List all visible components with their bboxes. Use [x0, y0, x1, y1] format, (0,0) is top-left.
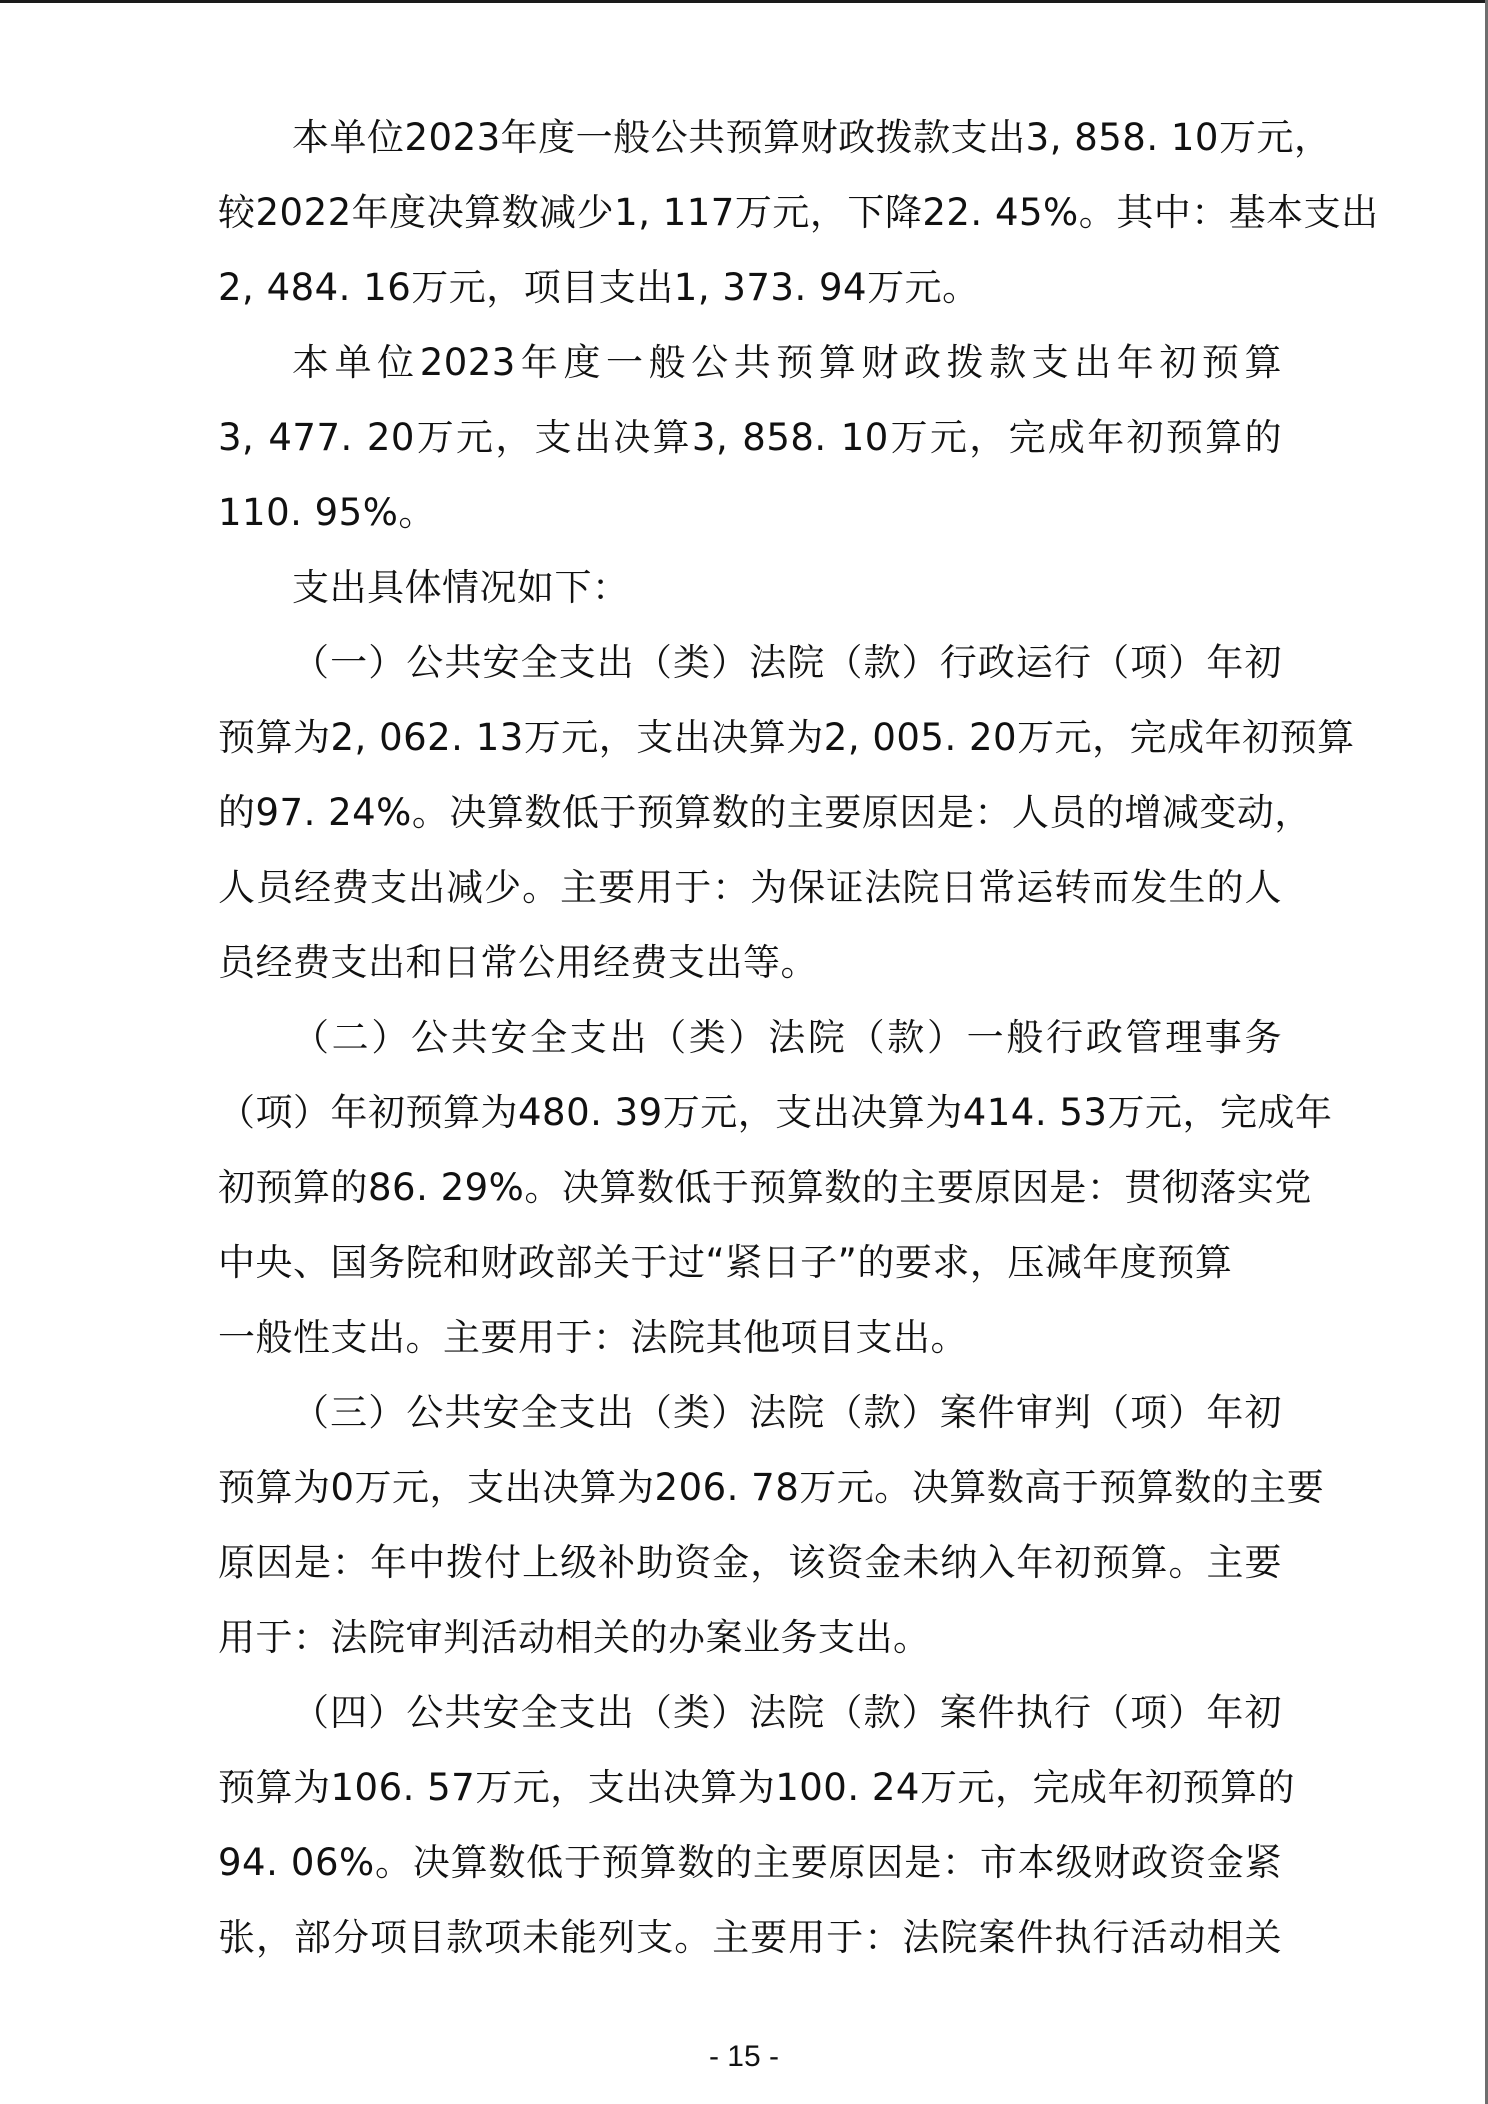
text-line: 预算为2, 062. 13万元，支出决算为2, 005. 20万元，完成年初预算: [218, 700, 1282, 775]
text-line: 原因是：年中拨付上级补助资金，该资金未纳入年初预算。主要: [218, 1525, 1282, 1600]
text-line: 一般性支出。主要用于：法院其他项目支出。: [218, 1300, 1282, 1375]
text-line: 94. 06%。决算数低于预算数的主要原因是：市本级财政资金紧: [218, 1825, 1282, 1900]
text-line: 人员经费支出减少。主要用于：为保证法院日常运转而发生的人: [218, 850, 1282, 925]
text-line: （二）公共安全支出（类）法院（款）一般行政管理事务: [218, 1000, 1282, 1075]
text-line: 预算为0万元，支出决算为206. 78万元。决算数高于预算数的主要: [218, 1450, 1282, 1525]
document-page: 本单位2023年度一般公共预算财政拨款支出3, 858. 10万元， 较2022…: [0, 0, 1488, 2104]
paragraph-summary-total: 本单位2023年度一般公共预算财政拨款支出3, 858. 10万元， 较2022…: [218, 100, 1282, 325]
paragraph-item-1-administrative-operation: （一）公共安全支出（类）法院（款）行政运行（项）年初 预算为2, 062. 13…: [218, 625, 1282, 1000]
body-text: 本单位2023年度一般公共预算财政拨款支出3, 858. 10万元， 较2022…: [218, 100, 1282, 1975]
text-line: （项）年初预算为480. 39万元，支出决算为414. 53万元，完成年: [218, 1075, 1282, 1150]
text-line: 较2022年度决算数减少1, 117万元，下降22. 45%。其中：基本支出: [218, 175, 1282, 250]
text-line: 的97. 24%。决算数低于预算数的主要原因是：人员的增减变动，: [218, 775, 1282, 850]
text-line: 员经费支出和日常公用经费支出等。: [218, 925, 1282, 1000]
text-line: （一）公共安全支出（类）法院（款）行政运行（项）年初: [218, 625, 1282, 700]
text-line: （三）公共安全支出（类）法院（款）案件审判（项）年初: [218, 1375, 1282, 1450]
text-line: 中央、国务院和财政部关于过“紧日子”的要求，压减年度预算: [218, 1225, 1282, 1300]
text-line: 张，部分项目款项未能列支。主要用于：法院案件执行活动相关: [218, 1900, 1282, 1975]
text-line: （四）公共安全支出（类）法院（款）案件执行（项）年初: [218, 1675, 1282, 1750]
text-line: 用于：法院审判活动相关的办案业务支出。: [218, 1600, 1282, 1675]
paragraph-summary-budget-completion: 本单位2023年度一般公共预算财政拨款支出年初预算 3, 477. 20万元，支…: [218, 325, 1282, 550]
page-number: - 15 -: [0, 2040, 1488, 2074]
paragraph-details-intro: 支出具体情况如下：: [218, 550, 1282, 625]
text-line: 110. 95%。: [218, 475, 1282, 550]
text-line: 本单位2023年度一般公共预算财政拨款支出3, 858. 10万元，: [218, 100, 1282, 175]
text-line: 初预算的86. 29%。决算数低于预算数的主要原因是：贯彻落实党: [218, 1150, 1282, 1225]
text-line: 3, 477. 20万元，支出决算3, 858. 10万元，完成年初预算的: [218, 400, 1282, 475]
paragraph-item-2-general-administration: （二）公共安全支出（类）法院（款）一般行政管理事务 （项）年初预算为480. 3…: [218, 1000, 1282, 1375]
text-line: 2, 484. 16万元，项目支出1, 373. 94万元。: [218, 250, 1282, 325]
text-line: 本单位2023年度一般公共预算财政拨款支出年初预算: [218, 325, 1282, 400]
text-line: 支出具体情况如下：: [218, 550, 1282, 625]
paragraph-item-4-case-execution: （四）公共安全支出（类）法院（款）案件执行（项）年初 预算为106. 57万元，…: [218, 1675, 1282, 1975]
paragraph-item-3-case-trial: （三）公共安全支出（类）法院（款）案件审判（项）年初 预算为0万元，支出决算为2…: [218, 1375, 1282, 1675]
text-line: 预算为106. 57万元，支出决算为100. 24万元，完成年初预算的: [218, 1750, 1282, 1825]
